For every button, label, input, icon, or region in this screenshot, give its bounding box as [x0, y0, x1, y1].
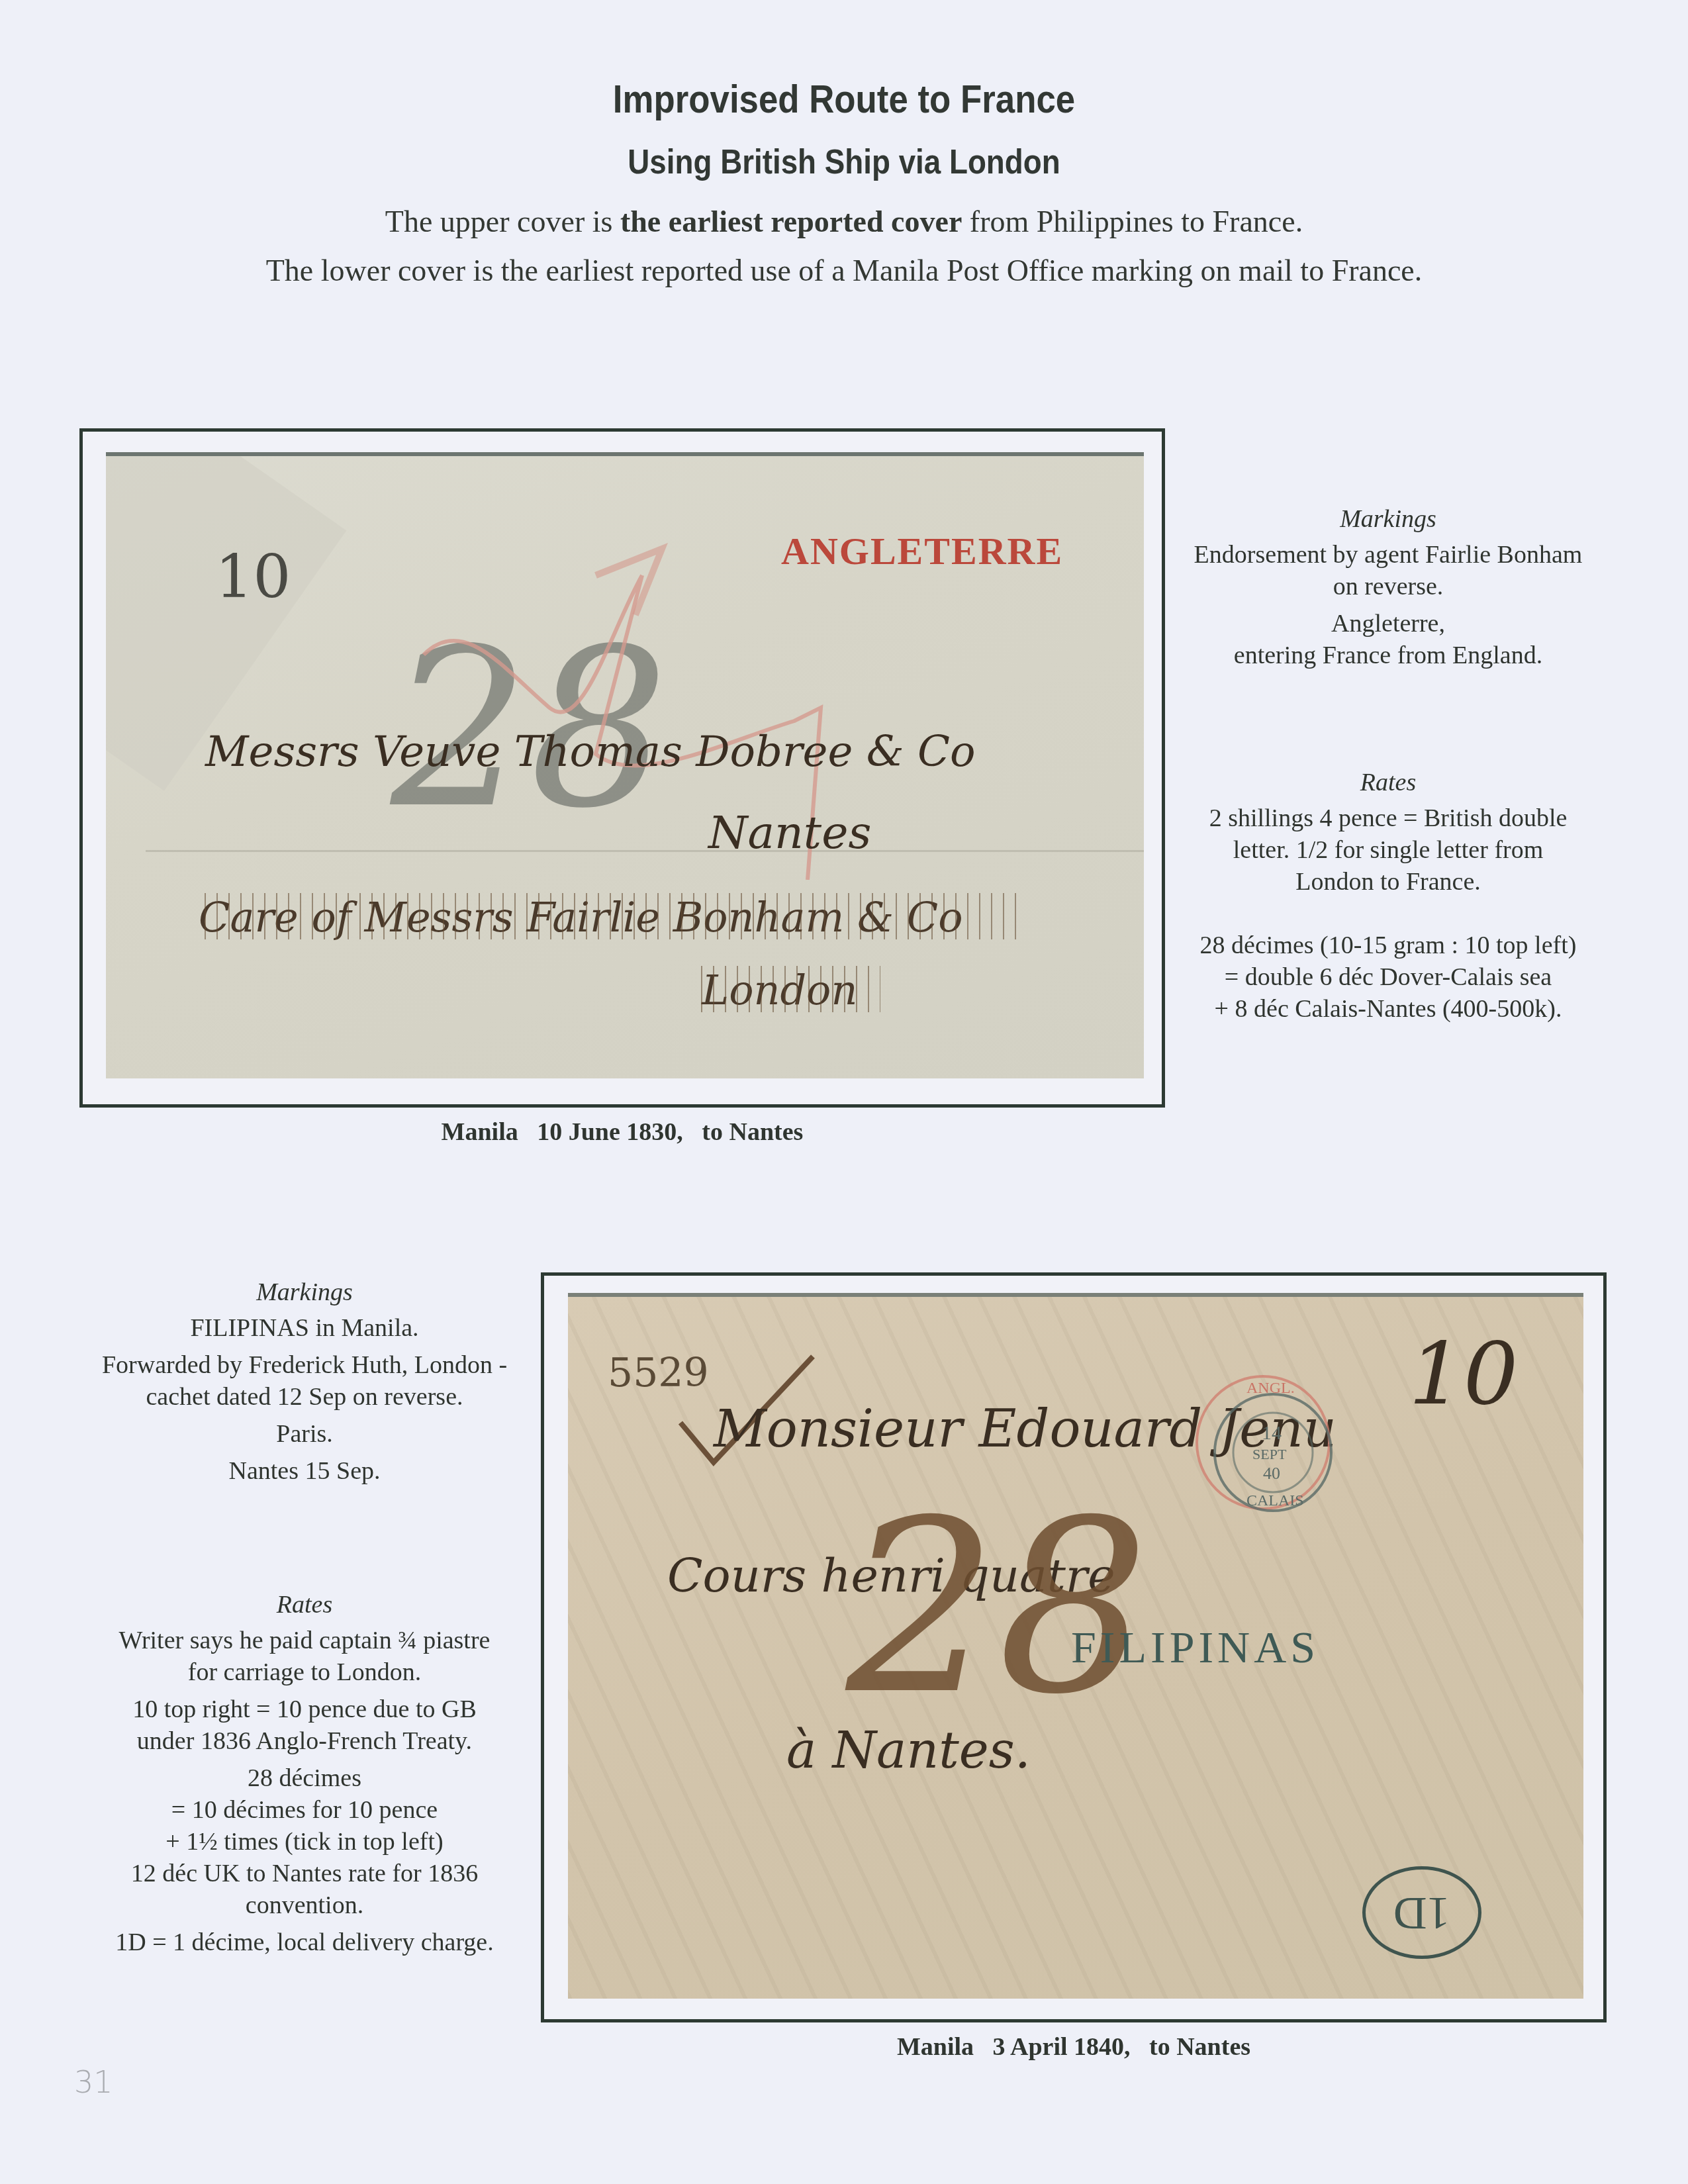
intro-suffix: from Philippines to France.	[962, 205, 1303, 238]
intro-line-2: The lower cover is the earliest reported…	[0, 253, 1688, 288]
intro-bold: the earliest reported cover	[620, 205, 962, 238]
rates-heading: Rates	[1160, 767, 1617, 798]
rate-note: 1D = 1 décime, local delivery charge.	[73, 1926, 536, 1958]
postmark-month: SEPT	[1252, 1446, 1287, 1462]
weight-marking: 10	[215, 542, 291, 612]
postmark-bottom-text: CALAIS	[1246, 1492, 1304, 1509]
markings-heading: Markings	[73, 1276, 536, 1308]
postmark-top-text: ANGL.	[1246, 1380, 1295, 1397]
page-subtitle: Using British Ship via London	[101, 142, 1587, 182]
filipinas-stamp: FILIPINAS	[1071, 1621, 1319, 1674]
delivery-charge-text: 1D	[1393, 1886, 1450, 1939]
lower-markings-notes: Markings FILIPINAS in Manila. Forwarded …	[73, 1276, 536, 1492]
lower-cover-image: 5529 Monsieur Edouard Jenu 10 ANGL. 14 S…	[568, 1293, 1583, 1999]
marking-note: Forwarded by Frederick Huth, London - ca…	[73, 1349, 536, 1413]
marking-note: FILIPINAS in Manila.	[73, 1312, 536, 1344]
marking-note: Nantes 15 Sep.	[73, 1455, 536, 1487]
page-number: 31	[74, 2064, 113, 2100]
rates-heading: Rates	[73, 1589, 536, 1621]
intro-line-1: The upper cover is the earliest reported…	[0, 204, 1688, 239]
lower-rates-notes: Rates Writer says he paid captain ¾ pias…	[73, 1589, 536, 1964]
rate-note: 10 top right = 10 pence due to GB under …	[73, 1693, 536, 1757]
calais-postmark: ANGL. 14 SEPT 40 CALAIS	[1184, 1363, 1349, 1529]
marking-note: Endorsement by agent Fairlie Bonham on r…	[1160, 539, 1617, 602]
upper-cover-image: ANGLETERRE 10 28 Messrs Veuve Thomas Dob…	[106, 452, 1144, 1078]
upper-rates-notes: Rates 2 shillings 4 pence = British doub…	[1160, 767, 1617, 1030]
lower-cover-caption: Manila 3 April 1840, to Nantes	[541, 2032, 1607, 2062]
upper-cover-caption: Manila 10 June 1830, to Nantes	[79, 1117, 1165, 1147]
marking-note: Paris.	[73, 1418, 536, 1450]
rate-marking: 28	[846, 1469, 1149, 1746]
strike-through-2	[695, 966, 880, 1012]
address-line-3: à Nantes.	[786, 1721, 1031, 1780]
pence-marking: 10	[1409, 1323, 1518, 1424]
marking-note: Angleterre, entering France from England…	[1160, 608, 1617, 671]
rate-note: Writer says he paid captain ¾ piastre fo…	[73, 1625, 536, 1688]
page-title: Improvised Route to France	[101, 76, 1587, 122]
rate-note: 28 décimes (10-15 gram : 10 top left) = …	[1160, 929, 1617, 1025]
address-line-1: Messrs Veuve Thomas Dobree & Co	[205, 728, 975, 777]
strike-through-1	[199, 893, 1026, 939]
upper-markings-notes: Markings Endorsement by agent Fairlie Bo…	[1160, 503, 1617, 677]
postmark-day: 14	[1262, 1422, 1282, 1444]
delivery-charge-mark: 1D	[1362, 1866, 1481, 1959]
postmark-year: 40	[1263, 1464, 1280, 1483]
address-line-2: Nantes	[708, 807, 871, 859]
markings-heading: Markings	[1160, 503, 1617, 535]
rate-note: 2 shillings 4 pence = British double let…	[1160, 802, 1617, 898]
intro-prefix: The upper cover is	[385, 205, 620, 238]
rate-note: 28 décimes = 10 décimes for 10 pence + 1…	[73, 1762, 536, 1921]
